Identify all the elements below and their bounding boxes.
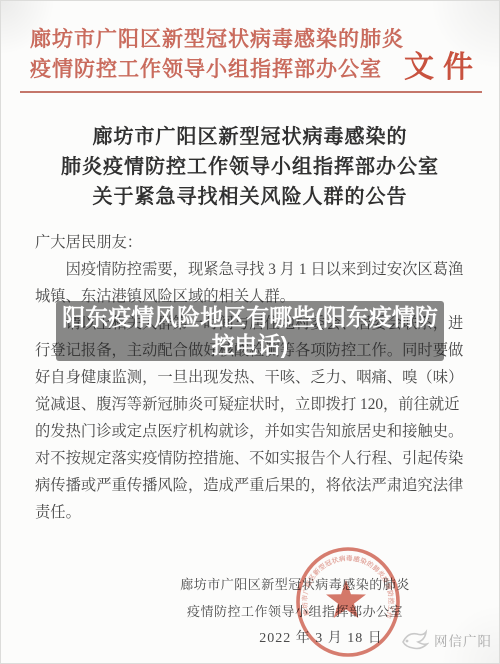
letterhead-divider [20,91,482,93]
dove-logo-icon [399,628,429,652]
watermark-label: 网信广阳 [434,630,492,650]
body-line: 因疫情防控需要，现紧急寻找 3 月 1 日以来到过安次区葛渔 [35,256,467,283]
document-title-line3: 关于紧急寻找相关风险人群的公告 [0,182,500,212]
document-title: 廊坊市广阳区新型冠状病毒感染的 肺炎疫情防控工作领导小组指挥部办公室 关于紧急寻… [0,122,500,212]
body-line: 对不按规定落实疫情防控措施、不如实报告个人行程、引起传染 [35,445,467,472]
letterhead-org-line2: 疫情防控工作领导小组指挥部办公室 [30,54,404,84]
body-line: 的发热门诊或定点医疗机构就诊，并如实告知旅居史和接触史。 [35,418,467,445]
letterhead: 廊坊市广阳区新型冠状病毒感染的肺炎 疫情防控工作领导小组指挥部办公室 文件 [30,24,476,86]
official-seal: 廊坊市广阳区新型冠状病毒感染的肺炎疫情防控工作领导小组指挥部办公室 [292,545,404,659]
body-line: 病传播或严重传播风险，造成严重后果的，将依法严肃追究法律 [35,472,467,499]
document-title-line1: 廊坊市广阳区新型冠状病毒感染的 [0,122,500,152]
letterhead-org-line1: 廊坊市广阳区新型冠状病毒感染的肺炎 [30,24,404,54]
document-body: 广大居民朋友： 因疫情防控需要，现紧急寻找 3 月 1 日以来到过安次区葛渔 城… [35,229,467,526]
seal-star-icon [326,580,366,618]
article-title-line1: 阳东疫情风险地区有哪些(阳东疫情防 [56,303,444,331]
document-title-line2: 肺炎疫情防控工作领导小组指挥部办公室 [0,152,500,182]
body-line: 广大居民朋友： [35,229,467,256]
document-page: 廊坊市广阳区新型冠状病毒感染的肺炎 疫情防控工作领导小组指挥部办公室 文件 廊坊… [0,0,500,664]
article-title-line2: 控电话) [56,331,444,359]
letterhead-org-name: 廊坊市广阳区新型冠状病毒感染的肺炎 疫情防控工作领导小组指挥部办公室 [30,24,404,84]
document-type-label: 文件 [404,42,482,86]
article-title-overlay: 阳东疫情风险地区有哪些(阳东疫情防 控电话) [56,301,444,361]
body-line: 好自身健康监测，一旦出现发热、干咳、乏力、咽痛、嗅（味） [35,364,467,391]
watermark: 网信广阳 [399,628,492,652]
body-line: 责任。 [35,499,467,526]
body-line: 觉减退、腹泻等新冠肺炎可疑症状时，立即拨打 120，前往就近 [35,391,467,418]
